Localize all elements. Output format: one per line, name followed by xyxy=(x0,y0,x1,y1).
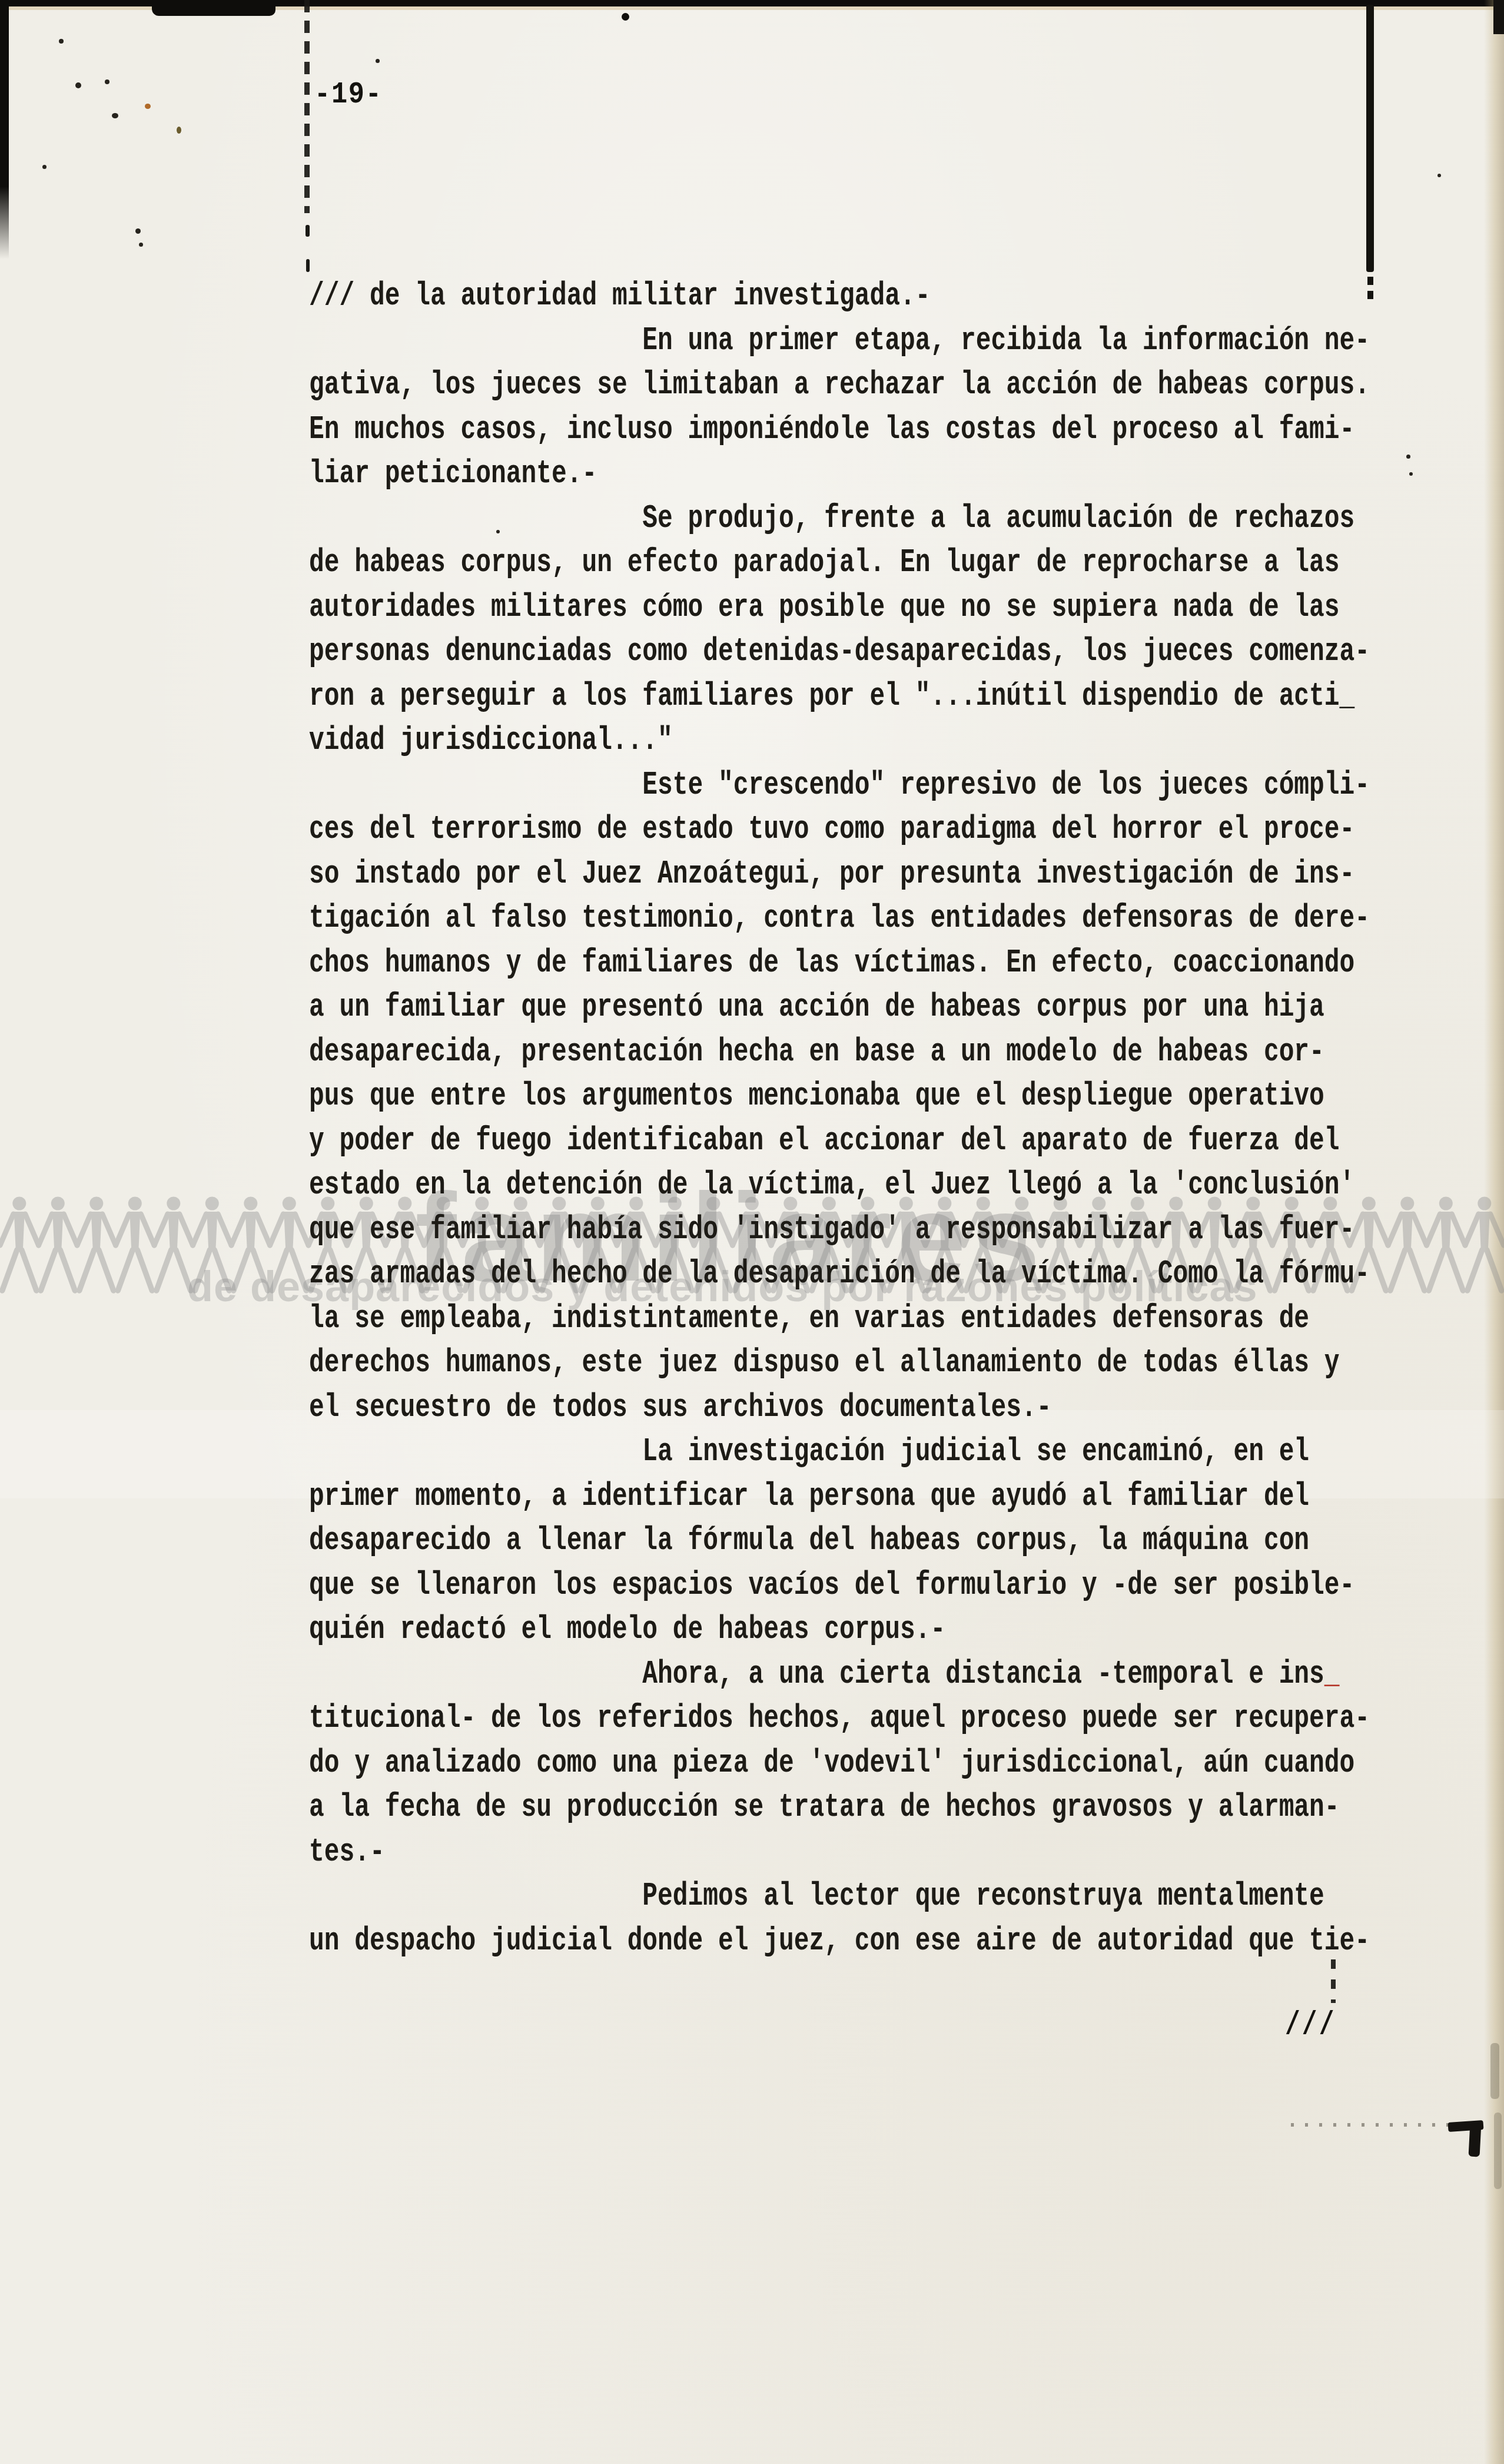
paper-speck xyxy=(376,59,380,63)
scan-smudge xyxy=(1490,2043,1499,2099)
dashed-vertical-line-fragment xyxy=(306,225,310,237)
text-line: pus que entre los argumentos mencionaba … xyxy=(309,1074,1181,1119)
text-line: la se empleaba, indistintamente, en vari… xyxy=(309,1296,1181,1341)
text-line: gativa, los jueces se limitaban a rechaz… xyxy=(309,363,1181,407)
text-line: un despacho judicial donde el juez, con … xyxy=(309,1919,1181,1964)
paper-speck xyxy=(75,82,81,88)
text-line: derechos humanos, este juez dispuso el a… xyxy=(309,1341,1181,1385)
text-line: titucional- de los referidos hechos, aqu… xyxy=(309,1696,1181,1741)
text-line: /// de la autoridad militar investigada.… xyxy=(309,274,1181,319)
text-line: de habeas corpus, un efecto paradojal. E… xyxy=(309,540,1181,585)
scan-artifact-top-blob xyxy=(152,0,275,16)
paper-speck-orange xyxy=(145,104,151,109)
ink-blob xyxy=(1469,2123,1482,2157)
dotted-horizontal-line xyxy=(1291,2123,1468,2127)
text-line: Este "crescendo" represivo de los jueces… xyxy=(309,763,1181,808)
scan-artifact-ink-dot xyxy=(622,13,629,21)
dashed-vertical-line xyxy=(304,0,310,213)
text-line: a la fecha de su producción se tratara d… xyxy=(309,1785,1181,1830)
paper-speck xyxy=(139,243,143,247)
page-number: -19- xyxy=(314,78,383,111)
text-line: desaparecida, presentación hecha en base… xyxy=(309,1030,1181,1075)
text-line: primer momento, a identificar la persona… xyxy=(309,1474,1181,1519)
text-line: tes.- xyxy=(309,1830,1181,1875)
text-line: que se llenaron los espacios vacíos del … xyxy=(309,1563,1181,1608)
text-line: ces del terrorismo de estado tuvo como p… xyxy=(309,807,1181,852)
text-line: do y analizado como una pieza de 'vodevi… xyxy=(309,1741,1181,1786)
scan-artifact-top-right-corner xyxy=(1493,0,1504,34)
text-line: Ahora, a una cierta distancia -temporal … xyxy=(309,1652,1181,1697)
scan-artifact-left-border xyxy=(0,0,9,259)
dashed-mark-bottom xyxy=(1331,1959,1336,2003)
paper-speck xyxy=(1437,174,1441,177)
text-line: personas denunciadas como detenidas-desa… xyxy=(309,629,1181,674)
red-underscore-mark: _ xyxy=(1324,1656,1340,1693)
text-line: zas armadas del hecho de la desaparición… xyxy=(309,1252,1181,1296)
text-line: En una primer etapa, recibida la informa… xyxy=(309,319,1181,363)
text-line: ron a perseguir a los familiares por el … xyxy=(309,674,1181,719)
scanned-document-page: -19- familiares de desaparecidos y deten… xyxy=(0,0,1504,2464)
text-line: y poder de fuego identificaban el accion… xyxy=(309,1119,1181,1163)
text-line: desaparecido a llenar la fórmula del hab… xyxy=(309,1518,1181,1563)
text-line: que ese familiar había sido 'instigado' … xyxy=(309,1208,1181,1252)
text-line: so instado por el Juez Anzoátegui, por p… xyxy=(309,852,1181,897)
text-line: quién redactó el modelo de habeas corpus… xyxy=(309,1607,1181,1652)
paper-speck-olive xyxy=(177,127,181,134)
scan-smudge xyxy=(1494,2113,1502,2189)
paper-speck xyxy=(135,228,141,234)
typewritten-text: /// de la autoridad militar investigada.… xyxy=(309,274,1427,1963)
text-line: La investigación judicial se encaminó, e… xyxy=(309,1430,1181,1474)
text-line: estado en la detención de la víctima, el… xyxy=(309,1163,1181,1208)
text-line: tigación al falso testimonio, contra las… xyxy=(309,896,1181,941)
vertical-margin-line xyxy=(1366,5,1374,272)
text-line: el secuestro de todos sus archivos docum… xyxy=(309,1385,1181,1430)
text-line: liar peticionante.- xyxy=(309,452,1181,496)
paper-speck xyxy=(59,39,64,44)
paper-speck xyxy=(112,113,118,118)
text-line: a un familiar que presentó una acción de… xyxy=(309,985,1181,1030)
dashed-vertical-line-fragment xyxy=(306,259,310,272)
paper-speck xyxy=(105,79,109,84)
text-line: Se produjo, frente a la acumulación de r… xyxy=(309,496,1181,541)
paper-speck xyxy=(42,165,47,169)
text-line: vidad jurisdiccional..." xyxy=(309,718,1181,763)
text-line: autoridades militares cómo era posible q… xyxy=(309,585,1181,630)
text-line: En muchos casos, incluso imponiéndole la… xyxy=(309,407,1181,452)
text-line: chos humanos y de familiares de las víct… xyxy=(309,941,1181,986)
continuation-mark: /// xyxy=(1285,2003,1336,2048)
text-line: Pedimos al lector que reconstruya mental… xyxy=(309,1874,1181,1919)
